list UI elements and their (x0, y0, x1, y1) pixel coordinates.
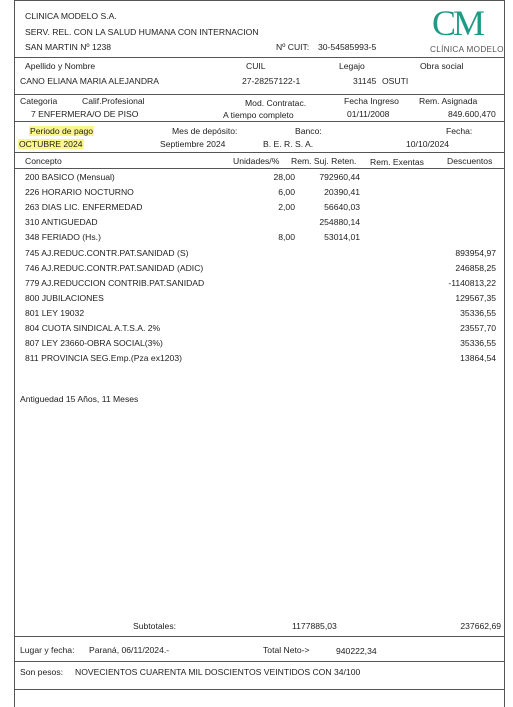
antiguedad-text: Antiguedad 15 Años, 11 Meses (20, 394, 138, 404)
cell-descuentos: 246858,25 (425, 263, 496, 273)
subtotal-descuentos: 237662,69 (400, 621, 501, 631)
cell-concepto: 779 AJ.REDUCCION CONTRIB.PAT.SANIDAD (25, 278, 225, 288)
col-descuentos: Descuentos (447, 156, 492, 166)
divider (14, 121, 505, 122)
cell-unidades: 2,00 (226, 202, 295, 212)
rem-asignada-label: Rem. Asignada (419, 96, 477, 106)
cell-descuentos: 13864,54 (425, 353, 496, 363)
cell-unidades: 28,00 (226, 172, 295, 182)
divider (14, 94, 505, 95)
cell-concepto: 804 CUOTA SINDICAL A.T.S.A. 2% (25, 323, 225, 333)
fecha-value: 10/10/2024 (406, 139, 449, 149)
logo-text: CLÍNICA MODELO (430, 45, 504, 54)
cell-rem-suj-reten: 20390,41 (290, 187, 360, 197)
cuit-label: Nº CUIT: (276, 42, 309, 52)
employee-name: CANO ELIANA MARIA ALEJANDRA (20, 76, 159, 86)
divider (14, 661, 505, 662)
company-address: SAN MARTIN Nº 1238 (25, 42, 111, 52)
cell-descuentos: 129567,35 (425, 293, 496, 303)
cell-unidades: 6,00 (226, 187, 295, 197)
mes-deposito-label: Mes de depósito: (172, 126, 237, 136)
cell-rem-suj-reten: 56640,03 (290, 202, 360, 212)
divider (14, 689, 505, 690)
col-rem-suj-reten: Rem. Suj. Reten. (291, 156, 356, 166)
mes-deposito-value: Septiembre 2024 (160, 139, 225, 149)
total-neto-value: 940222,34 (336, 646, 377, 656)
cell-concepto: 263 DIAS LIC. ENFERMEDAD (25, 202, 225, 212)
divider (14, 636, 505, 637)
categoria-label: Categoria (20, 96, 57, 106)
company-activity: SERV. REL. CON LA SALUD HUMANA CON INTER… (25, 27, 259, 37)
lugar-value: Paraná, 06/11/2024.- (89, 645, 169, 655)
divider (14, 152, 505, 153)
company-name: CLINICA MODELO S.A. (25, 11, 117, 21)
lugar-label: Lugar y fecha: (20, 645, 74, 655)
cell-descuentos: -1140813,22 (425, 278, 496, 288)
rem-asignada-value: 849.600,470 (448, 109, 496, 119)
cell-concepto: 801 LEY 19032 (25, 308, 225, 318)
logo-mark: CM (432, 5, 482, 41)
fecha-ingreso-value: 01/11/2008 (347, 109, 389, 119)
son-pesos-value: NOVECIENTOS CUARENTA MIL DOSCIENTOS VEIN… (75, 667, 360, 677)
cell-concepto: 746 AJ.REDUC.CONTR.PAT.SANIDAD (ADIC) (25, 263, 225, 273)
cell-concepto: 200 BASICO (Mensual) (25, 172, 225, 182)
cell-concepto: 745 AJ.REDUC.CONTR.PAT.SANIDAD (S) (25, 248, 225, 258)
cell-concepto: 226 HORARIO NOCTURNO (25, 187, 225, 197)
periodo-label: Periodo de pago (29, 126, 94, 136)
obra-social-label: Obra social (420, 61, 463, 71)
col-concepto: Concepto (25, 156, 62, 166)
cell-unidades: 8,00 (226, 232, 295, 242)
cuil-value: 27-28257122-1 (242, 76, 300, 86)
cell-descuentos: 23557,70 (425, 323, 496, 333)
fecha-label: Fecha: (446, 126, 472, 136)
fecha-ingreso-label: Fecha Ingreso (344, 96, 399, 106)
subtotal-rem: 1177885,03 (292, 621, 337, 631)
banco-label: Banco: (295, 126, 322, 136)
mod-contratac-value: A tiempo completo (223, 110, 294, 120)
cuil-label: CUIL (246, 61, 266, 71)
categoria-value: 7 ENFERMERA/O DE PISO (31, 109, 138, 119)
mod-contratac-label: Mod. Contratac. (245, 98, 306, 108)
total-neto-label: Total Neto-> (263, 645, 310, 655)
divider (14, 168, 505, 169)
divider (14, 0, 505, 1)
periodo-value: OCTUBRE 2024 (18, 139, 84, 149)
cell-descuentos: 35336,55 (425, 338, 496, 348)
cuit-value: 30-54585993-5 (318, 42, 376, 52)
subtotales-label: Subtotales: (133, 621, 176, 631)
cell-rem-suj-reten: 53014,01 (290, 232, 360, 242)
obra-social-value: OSUTI (382, 76, 408, 86)
cell-concepto: 800 JUBILACIONES (25, 293, 225, 303)
cell-concepto: 811 PROVINCIA SEG.Emp.(Pza ex1203) (25, 353, 225, 363)
name-label: Apellido y Nombre (25, 61, 95, 71)
legajo-value: 31145 (353, 76, 376, 86)
cell-concepto: 310 ANTIGUEDAD (25, 217, 225, 227)
cell-descuentos: 35336,55 (425, 308, 496, 318)
cell-concepto: 807 LEY 23660-OBRA SOCIAL(3%) (25, 338, 225, 348)
col-rem-exentas: Rem. Exentas (370, 157, 424, 167)
cell-descuentos: 893954,97 (425, 248, 496, 258)
col-unidades: Unidades/% (233, 156, 279, 166)
banco-value: B. E. R. S. A. (263, 139, 313, 149)
calif-label: Calif.Profesional (82, 96, 145, 106)
cell-rem-suj-reten: 254880,14 (290, 217, 360, 227)
cell-concepto: 348 FERIADO (Hs.) (25, 232, 225, 242)
legajo-label: Legajo (339, 61, 365, 71)
divider (14, 57, 505, 58)
cell-rem-suj-reten: 792960,44 (290, 172, 360, 182)
son-pesos-label: Son pesos: (20, 667, 63, 677)
